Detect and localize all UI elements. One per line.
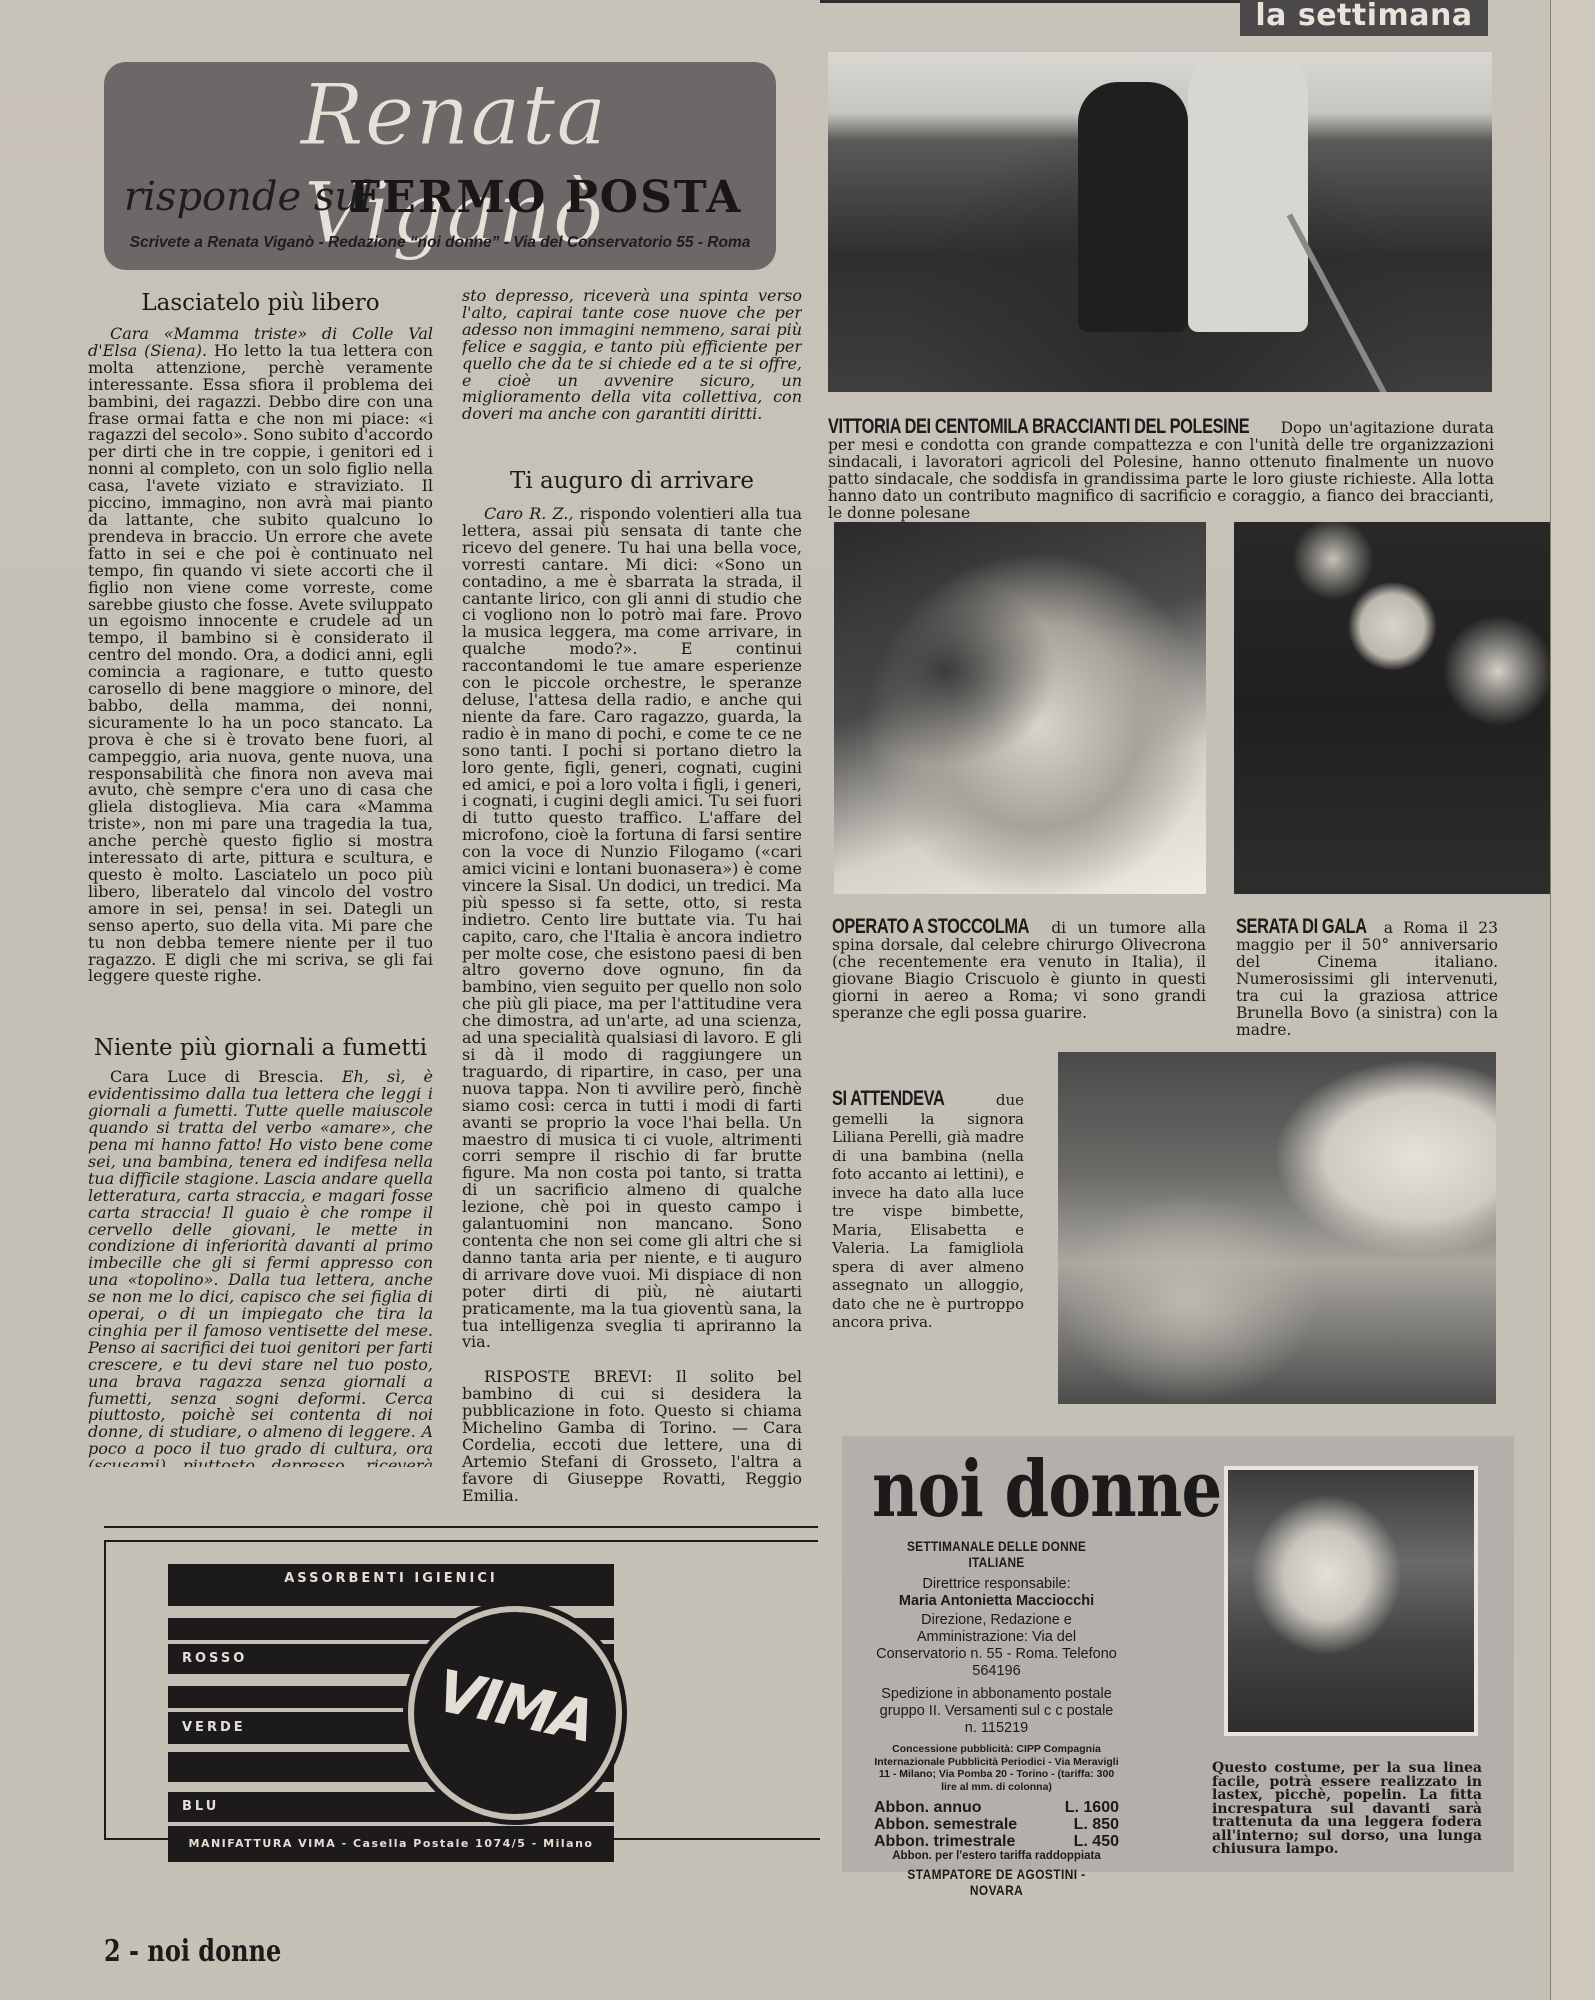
news-headline: OPERATO A STOCCOLMA (832, 918, 1029, 935)
masthead-title: noi donne (872, 1444, 1221, 1535)
masthead-shipping: Spedizione in abbonamento postale gruppo… (874, 1686, 1119, 1737)
column-header: Renata Viganò risponde sul FERMO POSTA S… (104, 62, 776, 270)
rate-price: L. 1600 (1065, 1799, 1119, 1816)
letter-text: Eh, sì, è evidentissimo dalla tua letter… (88, 1069, 433, 1467)
subscription-rates: Abbon. annuoL. 1600 Abbon. semestraleL. … (874, 1799, 1119, 1850)
letter-text: Ho letto la tua lettera con molta attenz… (88, 341, 433, 986)
photo-swimsuit (1224, 1466, 1478, 1736)
ad-headline: ASSORBENTI IGIENICI (168, 1564, 614, 1606)
letter-body: Cara Luce di Brescia. Eh, sì, è evidenti… (88, 1069, 433, 1467)
news-vittoria: VITTORIA DEI CENTOMILA BRACCIANTI DEL PO… (828, 418, 1494, 522)
page-folio: 2 - noi donne (104, 1934, 281, 1969)
printer: STAMPATORE DE AGOSTINI - NOVARA (892, 1866, 1100, 1898)
rate-label: Abbon. semestrale (874, 1816, 1017, 1833)
top-rule (820, 0, 1240, 3)
rate-label: Abbon. trimestrale (874, 1833, 1015, 1850)
swimsuit-caption: Questo costume, per la sua linea facile,… (1212, 1762, 1482, 1857)
masthead-subtitle: SETTIMANALE DELLE DONNE ITALIANE (892, 1538, 1100, 1570)
rate-price: L. 450 (1074, 1833, 1119, 1850)
vima-logo: VIMA (409, 1652, 621, 1761)
director-name: Maria Antonietta Macciocchi (874, 1593, 1119, 1610)
news-operato: OPERATO A STOCCOLMA di un tumore alla sp… (832, 918, 1206, 1022)
column-title: FERMO POSTA (349, 172, 742, 223)
adjacent-page-edge (1550, 0, 1595, 2000)
short-answers-text: Il solito bel bambino di cui si desidera… (462, 1367, 802, 1504)
news-headline: VITTORIA DEI CENTOMILA BRACCIANTI DEL PO… (828, 418, 1249, 435)
letter-title: Niente più giornali a fumetti (88, 1033, 433, 1063)
foreign-rate: Abbon. per l'estero tariffa raddoppiata (874, 1850, 1119, 1863)
letter-continuation: sto depresso, riceverà una spinta verso … (462, 288, 802, 432)
letters-column-1: Lasciatelo più libero Cara «Mamma triste… (88, 288, 433, 1467)
rate-row: Abbon. trimestraleL. 450 (874, 1833, 1119, 1850)
letter-text: rispondo volentieri alla tua lettera, as… (462, 504, 802, 1351)
letter-title: Lasciatelo più libero (88, 288, 433, 318)
magazine-page: la settimana Renata Viganò risponde sul … (0, 0, 1550, 2000)
letter-title: Ti auguro di arrivare (462, 466, 802, 496)
letters-column-2: sto depresso, riceverà una spinta verso … (462, 288, 802, 1505)
rate-price: L. 850 (1074, 1816, 1119, 1833)
masthead-advertising: Concessione pubblicità: CIPP Compagnia I… (874, 1743, 1119, 1793)
rate-row: Abbon. semestraleL. 850 (874, 1816, 1119, 1833)
photo-gala-evening (1234, 522, 1564, 894)
short-answers: RISPOSTE BREVI: Il solito bel bambino di… (462, 1369, 802, 1504)
news-text: due gemelli la signora Liliana Perelli, … (832, 1091, 1024, 1331)
risponde-label: risponde sul (124, 174, 373, 220)
rate-row: Abbon. annuoL. 1600 (874, 1799, 1119, 1816)
rate-label: Abbon. annuo (874, 1799, 982, 1816)
worker-figure (1188, 52, 1308, 332)
news-headline: SERATA DI GALA (1236, 918, 1367, 935)
photo-triplets-nursery (1058, 1052, 1496, 1404)
worker-figure (1078, 82, 1188, 332)
vima-logo-circle: VIMA (408, 1606, 622, 1820)
column-address: Scrivete a Renata Viganò - Redazione “no… (114, 234, 766, 252)
masthead-address: Direzione, Redazione e Amministrazione: … (874, 1612, 1119, 1680)
photo-hospital-patient (834, 522, 1206, 894)
ad-rule (104, 1526, 818, 1528)
photo-field-workers (828, 52, 1492, 392)
news-headline: SI ATTENDEVA (832, 1090, 944, 1109)
director-label: Direttrice responsabile: (874, 1576, 1119, 1593)
letter-body: Caro R. Z., rispondo volentieri alla tua… (462, 506, 802, 1351)
letter-body: Cara «Mamma triste» di Colle Val d'Elsa … (88, 326, 433, 985)
section-tab: la settimana (1240, 0, 1488, 36)
news-attendeva: SI ATTENDEVA due gemelli la signora Lili… (832, 1090, 1024, 1332)
masthead-info: SETTIMANALE DELLE DONNE ITALIANE Direttr… (874, 1538, 1119, 1898)
news-serata: SERATA DI GALA a Roma il 23 maggio per i… (1236, 918, 1498, 1039)
ad-footer: MANIFATTURA VIMA - Casella Postale 1074/… (168, 1826, 614, 1862)
columnist-name: Renata Viganò (144, 66, 764, 262)
